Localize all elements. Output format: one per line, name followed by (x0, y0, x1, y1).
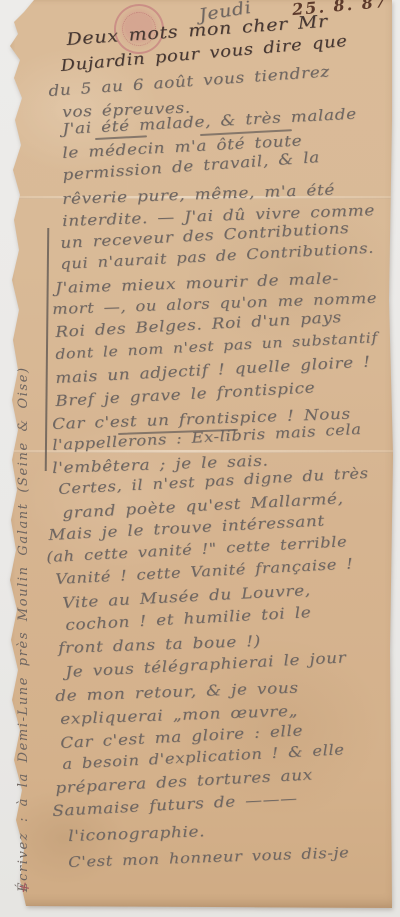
address-margin-note: Écrivez : à la Demi-Lune près Moulin Gal… (16, 52, 31, 892)
handwritten-line-31: de mon retour, & je vous (55, 681, 299, 704)
handwritten-line-13: J'aime mieux mourir de male- (55, 271, 339, 296)
handwritten-line-29: front dans ta boue !) (58, 634, 261, 656)
handwritten-line-36: Saumaise futurs de ——— (52, 791, 298, 819)
handwritten-line-38: C'est mon honneur vous dis-je (68, 846, 350, 870)
handwritten-line-37: l'iconographie. (68, 824, 205, 844)
handwriting-layer: JeudiDeux mots mon cher MrDujardin pour … (0, 0, 400, 917)
scanned-letter-page: 25. 8. 87 JeudiDeux mots mon cher MrDuja… (0, 0, 400, 917)
